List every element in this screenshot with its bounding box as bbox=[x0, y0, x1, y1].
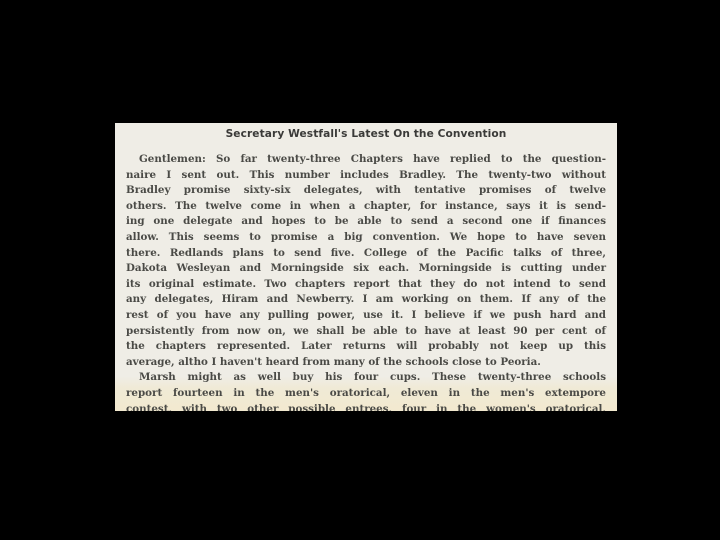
text-line: others. The twelve come in when a chapte… bbox=[126, 199, 606, 215]
text-line: average, altho I haven't heard from many… bbox=[126, 355, 606, 371]
text-line: rest of you have any pulling power, use … bbox=[126, 308, 606, 324]
text-line: naire I sent out. This number includes B… bbox=[126, 168, 606, 184]
article-headline: Secretary Westfall's Latest On the Conve… bbox=[115, 128, 617, 140]
text-line: Gentlemen: So far twenty-three Chapters … bbox=[126, 152, 606, 168]
text-line: ing one delegate and hopes to be able to… bbox=[126, 214, 606, 230]
text-line: there. Redlands plans to send five. Coll… bbox=[126, 246, 606, 262]
text-line: any delegates, Hiram and Newberry. I am … bbox=[126, 292, 606, 308]
newspaper-clipping: Secretary Westfall's Latest On the Conve… bbox=[115, 123, 617, 411]
slide-background: Secretary Westfall's Latest On the Conve… bbox=[0, 0, 720, 540]
article-paragraph-2: Marsh might as well buy his four cups. T… bbox=[126, 370, 606, 411]
article-body: Gentlemen: So far twenty-three Chapters … bbox=[126, 152, 606, 411]
text-line: its original estimate. Two chapters repo… bbox=[126, 277, 606, 293]
text-line: persistently from now on, we shall be ab… bbox=[126, 324, 606, 340]
text-line: Dakota Wesleyan and Morningside six each… bbox=[126, 261, 606, 277]
text-line: the chapters represented. Later returns … bbox=[126, 339, 606, 355]
text-line: Bradley promise sixty-six delegates, wit… bbox=[126, 183, 606, 199]
text-line: contest, with two other possible entrees… bbox=[126, 402, 606, 412]
text-line: report fourteen in the men's oratorical,… bbox=[126, 386, 606, 402]
article-paragraph-1: Gentlemen: So far twenty-three Chapters … bbox=[126, 152, 606, 370]
text-line: Marsh might as well buy his four cups. T… bbox=[126, 370, 606, 386]
text-line: allow. This seems to promise a big conve… bbox=[126, 230, 606, 246]
